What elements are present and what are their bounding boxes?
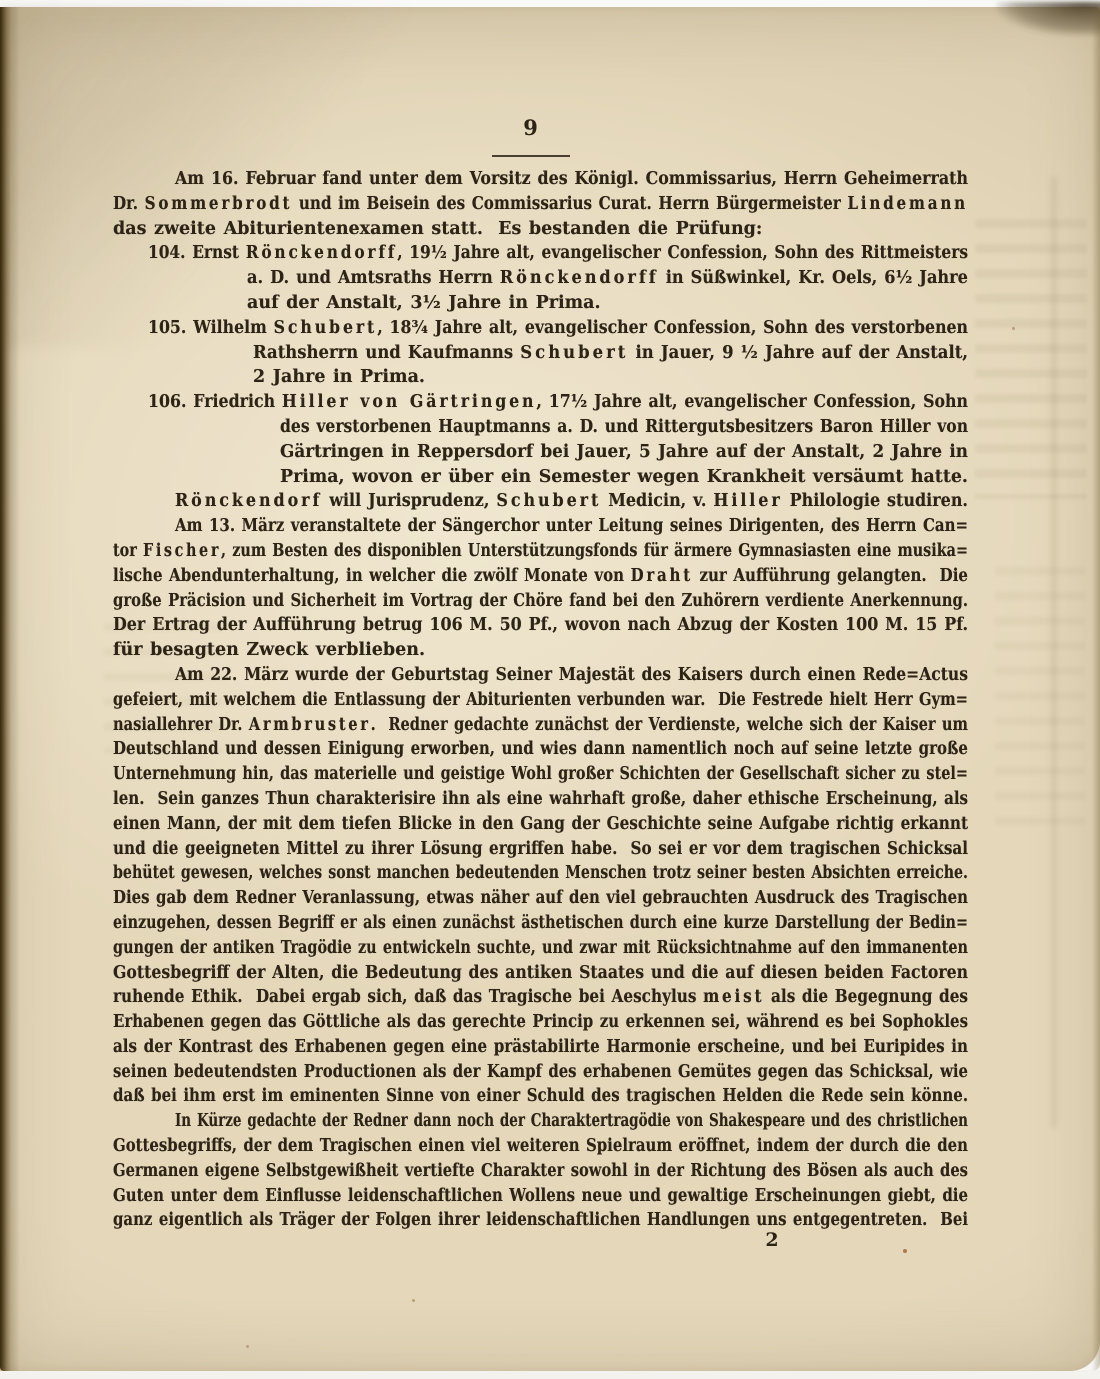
foxing-spot <box>246 1345 249 1348</box>
scan-background-bottom <box>0 1370 1100 1379</box>
text-line: a. D. und Amtsraths Herrn Rönckendorff i… <box>113 266 968 291</box>
page-number: 9 <box>492 115 570 140</box>
page-number-rule <box>492 155 570 157</box>
text-line: Dies gab dem Redner Veranlassung, etwas … <box>113 886 968 911</box>
text-line: Gärtringen in Reppersdorf bei Jauer, 5 J… <box>113 440 968 465</box>
text-line: und die geeigneten Mittel zu ihrer Lösun… <box>113 837 968 862</box>
text-line: für besagten Zweck verblieben. <box>113 638 968 663</box>
text-line: Germanen eigene Selbstgewißheit vertieft… <box>113 1159 968 1184</box>
text-line: Guten unter dem Einflusse leidenschaftli… <box>113 1184 968 1209</box>
text-line: 106. Friedrich Hiller von Gärtringen, 17… <box>113 390 968 415</box>
text-line: Am 16. Februar fand unter dem Vorsitz de… <box>113 167 968 192</box>
text-line: 2 Jahre in Prima. <box>113 365 968 390</box>
scanned-document: 9 Am 16. Februar fand unter dem Vorsitz … <box>0 0 1100 1379</box>
show-through-ink <box>995 567 1085 827</box>
foxing-spot <box>1012 327 1015 330</box>
text-line: Deutschland und dessen Einigung erworben… <box>113 737 968 762</box>
scan-background-top <box>0 0 1100 7</box>
book-page: 9 Am 16. Februar fand unter dem Vorsitz … <box>0 7 1100 1371</box>
text-block: Am 16. Februar fand unter dem Vorsitz de… <box>113 167 968 1233</box>
text-line: gefeiert, mit welchem die Entlassung der… <box>113 688 968 713</box>
text-line: einzugehen, dessen Begriff er als einen … <box>113 911 968 936</box>
text-line: als der Kontrast des Erhabenen gegen ein… <box>113 1035 968 1060</box>
text-line: große Präcision und Sicherheit im Vortra… <box>113 589 968 614</box>
text-line: tor Fischer, zum Besten des disponiblen … <box>113 539 968 564</box>
signature-mark: 2 <box>752 1229 792 1251</box>
foxing-spot <box>903 1249 907 1253</box>
text-line: Am 22. März wurde der Geburtstag Seiner … <box>113 663 968 688</box>
text-line: Dr. Sommerbrodt und im Beisein des Commi… <box>113 192 968 217</box>
page-edge-right <box>1092 7 1100 1371</box>
text-line: len. Sein ganzes Thun charakterisire ihn… <box>113 787 968 812</box>
text-line: Gottesbegriff der Alten, die Bedeutung d… <box>113 961 968 986</box>
text-line: ruhende Ethik. Dabei ergab sich, daß das… <box>113 985 968 1010</box>
text-line: 105. Wilhelm Schubert, 18¾ Jahre alt, ev… <box>113 316 968 341</box>
text-line: auf der Anstalt, 3½ Jahre in Prima. <box>113 291 968 316</box>
foxing-spot <box>412 1299 415 1302</box>
text-line: In Kürze gedachte der Redner dann noch d… <box>113 1109 968 1134</box>
text-line: Prima, wovon er über ein Semester wegen … <box>113 465 968 490</box>
text-line: Der Ertrag der Aufführung betrug 106 M. … <box>113 613 968 638</box>
text-line: Unternehmung hin, das materielle und gei… <box>113 762 968 787</box>
text-line: behütet gewesen, welches sonst manchen b… <box>113 861 968 886</box>
text-line: einen Mann, der mit dem tiefen Blicke in… <box>113 812 968 837</box>
binding-edge <box>0 7 20 1371</box>
text-line: seinen bedeutendsten Productionen als de… <box>113 1060 968 1085</box>
text-line: lische Abendunterhaltung, in welcher die… <box>113 564 968 589</box>
text-line: gungen der antiken Tragödie zu entwickel… <box>113 936 968 961</box>
text-line: nasiallehrer Dr. Armbruster. Redner geda… <box>113 713 968 738</box>
page-corner-shadow <box>996 2 1100 36</box>
text-line: 104. Ernst Rönckendorff, 19½ Jahre alt, … <box>113 241 968 266</box>
text-line: Rathsherrn und Kaufmanns Schubert in Jau… <box>113 341 968 366</box>
text-line: Gottesbegriffs, der dem Tragischen einen… <box>113 1134 968 1159</box>
text-line: ganz eigentlich als Träger der Folgen ih… <box>113 1208 968 1233</box>
text-line: Am 13. März veranstaltete der Sängerchor… <box>113 514 968 539</box>
text-line: Erhabenen gegen das Göttliche als das ge… <box>113 1010 968 1035</box>
text-line: des verstorbenen Hauptmanns a. D. und Ri… <box>113 415 968 440</box>
text-line: Rönckendorf will Jurisprudenz, Schubert … <box>113 489 968 514</box>
text-line: daß bei ihm erst im eminenten Sinne von … <box>113 1084 968 1109</box>
text-line: das zweite Abiturientenexamen statt. Es … <box>113 217 968 242</box>
